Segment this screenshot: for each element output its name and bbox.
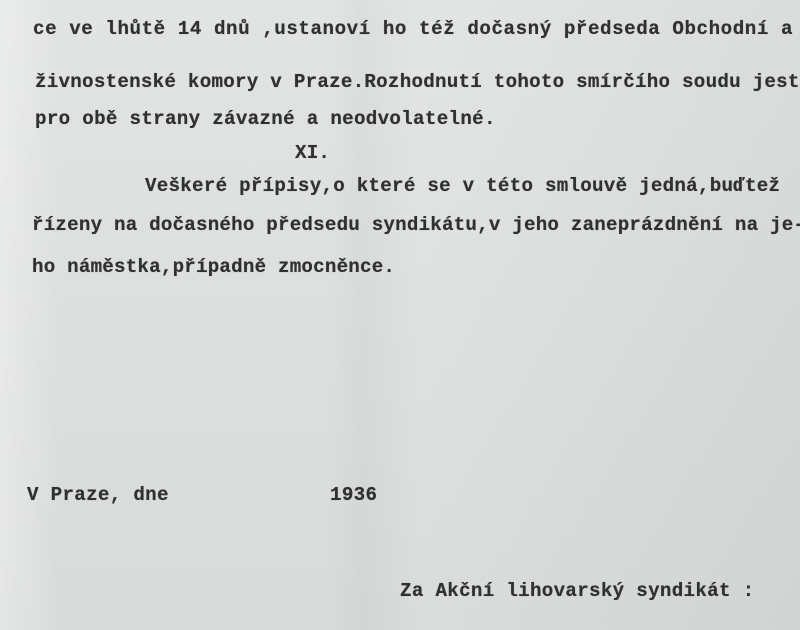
place-date-label: V Praze, dne bbox=[27, 486, 169, 505]
paragraph-line-3: pro obě strany závazné a neodvolatelné. bbox=[35, 110, 496, 129]
section-line-1: Veškeré přípisy,o které se v této smlouv… bbox=[145, 177, 780, 196]
date-year: 1936 bbox=[330, 486, 377, 505]
typewritten-document-page: ce ve lhůtě 14 dnů ,ustanoví ho též doča… bbox=[0, 0, 800, 630]
paragraph-line-1: ce ve lhůtě 14 dnů ,ustanoví ho též doča… bbox=[33, 20, 793, 39]
signature-line: Za Akční lihovarský syndikát : bbox=[400, 582, 754, 601]
paragraph-line-2: živnostenské komory v Praze.Rozhodnutí t… bbox=[35, 73, 800, 92]
section-line-3: ho náměstka,případně zmocněnce. bbox=[32, 258, 395, 277]
section-line-2: řízeny na dočasného předsedu syndikátu,v… bbox=[32, 216, 800, 235]
section-heading: XI. bbox=[295, 144, 330, 163]
